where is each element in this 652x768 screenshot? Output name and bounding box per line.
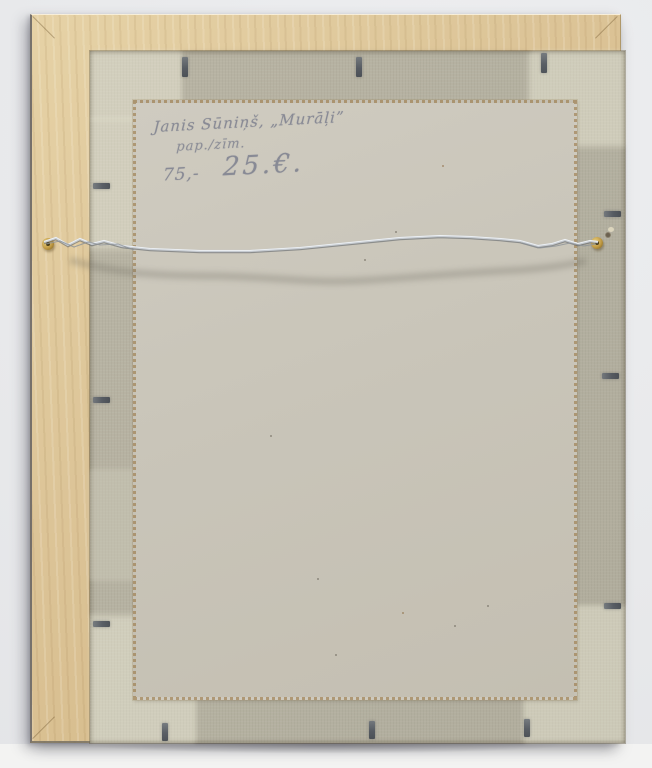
canvas-backing: Janis Sūniņš, „Murāļi” pap./zīm. 75,- 25…: [90, 51, 625, 743]
dust-speck: [270, 435, 272, 437]
canvas-shade-patch: [197, 697, 522, 743]
inscription-block: Janis Sūniņš, „Murāļi” pap./zīm. 75,- 25…: [146, 100, 426, 115]
staple: [604, 603, 621, 609]
screw-eyelet-left: [42, 238, 54, 250]
staple: [524, 719, 530, 737]
canvas-fold-patch: [90, 469, 138, 581]
staple: [356, 57, 362, 77]
cardboard-backing: Janis Sūniņš, „Murāļi” pap./zīm. 75,- 25…: [133, 100, 577, 700]
wooden-frame: Janis Sūniņš, „Murāļi” pap./zīm. 75,- 25…: [30, 14, 621, 743]
miter-joint-top-right: [595, 16, 618, 39]
staple: [602, 373, 619, 379]
dust-speck: [487, 605, 489, 607]
staple: [93, 397, 110, 403]
staple: [93, 621, 110, 627]
staple: [93, 183, 110, 189]
canvas-shade-patch: [182, 51, 527, 103]
staple: [369, 721, 375, 739]
dust-speck: [395, 231, 397, 233]
staple: [182, 57, 188, 77]
staple: [162, 723, 168, 741]
miter-joint-top-left: [32, 16, 55, 39]
staple: [604, 211, 621, 217]
miter-joint-bottom-left: [32, 716, 55, 739]
dust-speck: [317, 578, 319, 580]
photo-scene: Janis Sūniņš, „Murāļi” pap./zīm. 75,- 25…: [0, 0, 652, 768]
dust-speck: [442, 165, 444, 167]
dust-speck: [402, 612, 404, 614]
canvas-shade-patch: [90, 247, 138, 617]
old-price-inscription: 75,-: [162, 164, 200, 186]
screw-eyelet-right: [591, 237, 603, 249]
price-inscription: 25.€.: [222, 148, 305, 182]
staple: [541, 53, 547, 73]
dust-speck: [364, 259, 366, 261]
nail-hole: [605, 232, 611, 238]
dust-speck: [335, 654, 337, 656]
dust-speck: [454, 625, 456, 627]
artist-title-inscription: Janis Sūniņš, „Murāļi”: [153, 108, 345, 136]
